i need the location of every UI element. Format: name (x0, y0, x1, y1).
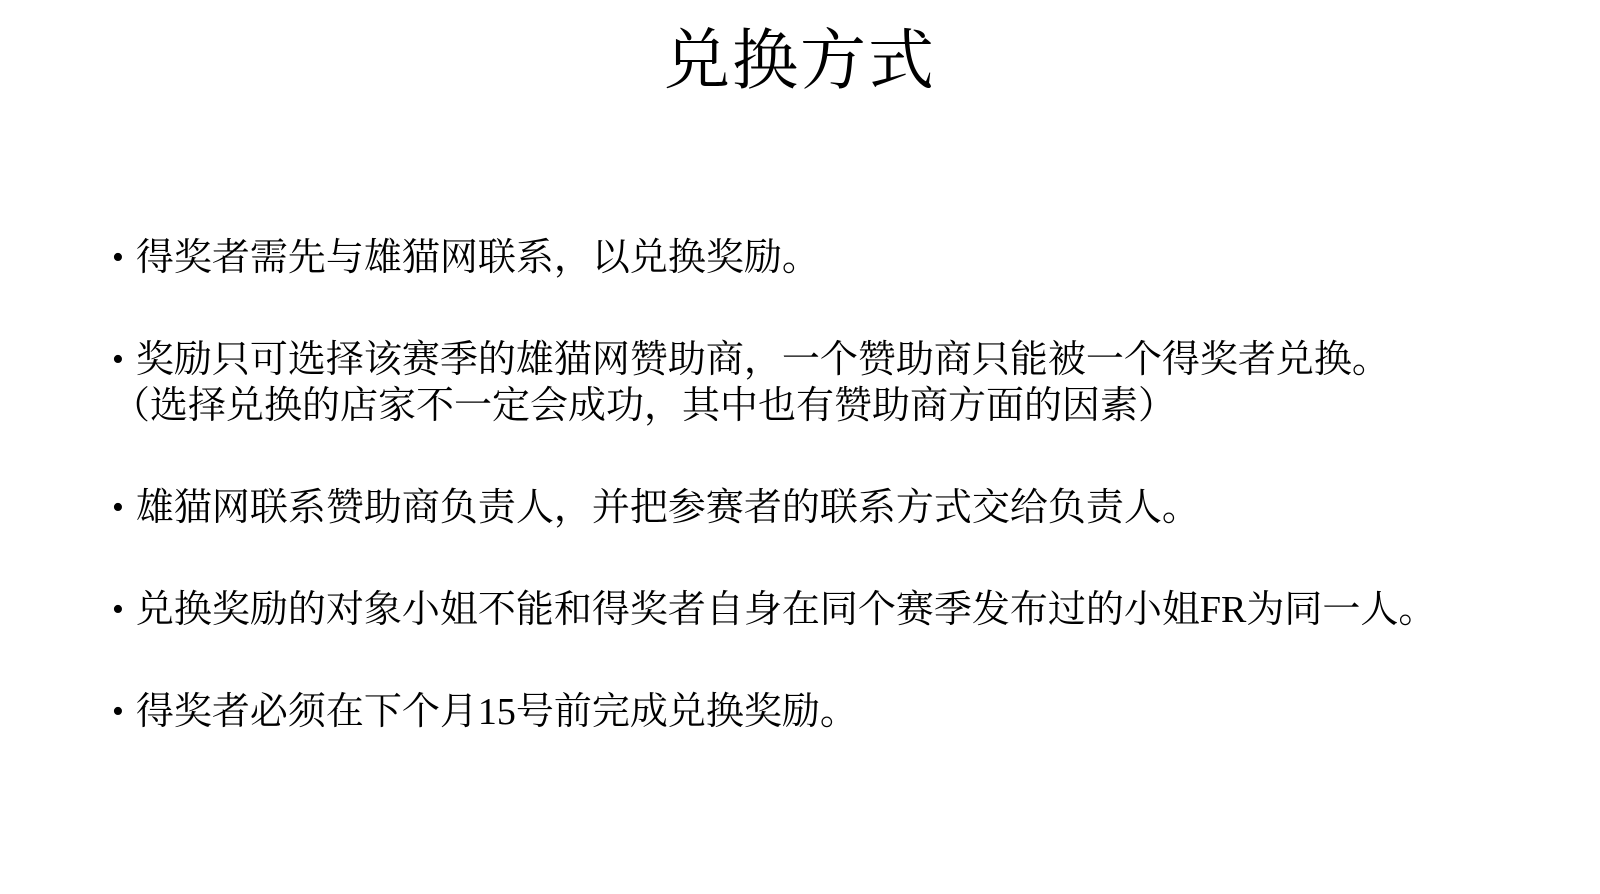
bullet-item: •雄猫网联系赞助商负责人，并把参赛者的联系方式交给负责人。 (112, 485, 1564, 531)
bullet-marker: • (112, 587, 124, 633)
slide-canvas: 兑换方式 •得奖者需先与雄猫网联系，以兑换奖励。 •奖励只可选择该赛季的雄猫网赞… (0, 0, 1600, 894)
bullet-item: •得奖者必须在下个月15号前完成兑换奖励。 (112, 689, 1564, 735)
bullet-text: 奖励只可选择该赛季的雄猫网赞助商，一个赞助商只能被一个得奖者兑换。 （选择兑换的… (112, 339, 1390, 427)
bullet-item: •兑换奖励的对象小姐不能和得奖者自身在同个赛季发布过的小姐FR为同一人。 (112, 587, 1564, 633)
bullet-marker: • (112, 235, 124, 281)
bullet-item: •奖励只可选择该赛季的雄猫网赞助商，一个赞助商只能被一个得奖者兑换。 （选择兑换… (112, 337, 1564, 429)
slide-title: 兑换方式 (0, 0, 1600, 101)
bullet-list: •得奖者需先与雄猫网联系，以兑换奖励。 •奖励只可选择该赛季的雄猫网赞助商，一个… (112, 235, 1564, 735)
bullet-text: 兑换奖励的对象小姐不能和得奖者自身在同个赛季发布过的小姐FR为同一人。 (136, 589, 1436, 631)
bullet-item: •得奖者需先与雄猫网联系，以兑换奖励。 (112, 235, 1564, 281)
bullet-text: 雄猫网联系赞助商负责人，并把参赛者的联系方式交给负责人。 (136, 487, 1200, 529)
bullet-marker: • (112, 485, 124, 531)
bullet-text: 得奖者需先与雄猫网联系，以兑换奖励。 (136, 237, 820, 279)
bullet-marker: • (112, 337, 124, 383)
bullet-marker: • (112, 689, 124, 735)
bullet-text: 得奖者必须在下个月15号前完成兑换奖励。 (136, 691, 858, 733)
